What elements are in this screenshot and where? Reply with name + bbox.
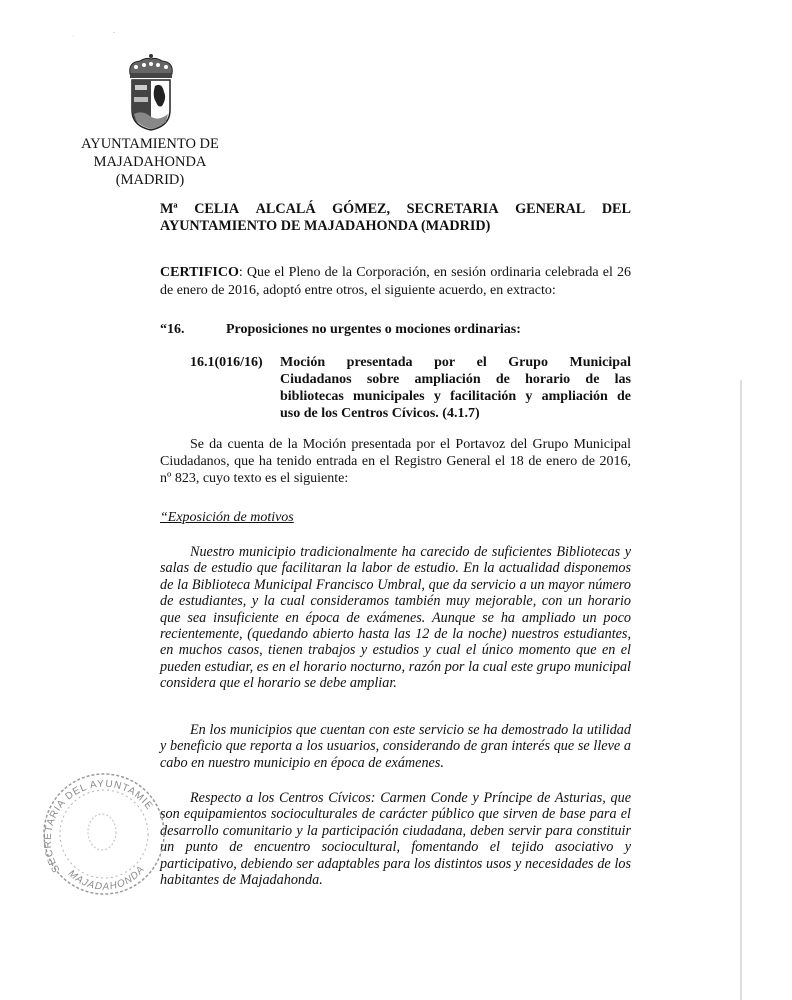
title-word: las xyxy=(615,371,631,388)
official-stamp-icon: SECRETARIA DEL AYUNTAMIENTO MAJADAHONDA xyxy=(40,770,168,898)
org-line: (MADRID) xyxy=(70,171,230,189)
motive-paragraph: Respecto a los Centros Cívicos: Carmen C… xyxy=(160,790,631,888)
motive-paragraph: En los municipios que cuentan con este s… xyxy=(160,722,631,771)
title-word: Municipal xyxy=(570,354,631,371)
title-word: por xyxy=(434,354,455,371)
exposicion-heading: “Exposición de motivos xyxy=(160,510,294,526)
title-word: y xyxy=(525,388,532,405)
intro-paragraph: Se da cuenta de la Moción presentada por… xyxy=(160,436,631,487)
intro-text: Se da cuenta de la Moción presentada por… xyxy=(160,437,631,486)
title-word: el xyxy=(477,354,487,371)
certification-paragraph: CERTIFICO: Que el Pleno de la Corporació… xyxy=(160,264,631,299)
item-title-line: MociónpresentadaporelGrupoMunicipal xyxy=(280,354,631,371)
item-title-line: Ciudadanossobreampliacióndehorariodelas xyxy=(280,371,631,388)
item-title-line: uso de los Centros Cívicos. (4.1.7) xyxy=(280,405,631,422)
coat-of-arms-icon xyxy=(122,52,180,132)
heading-word: DEL xyxy=(602,201,631,218)
title-word: de xyxy=(496,371,510,388)
svg-text:SECRETARIA DEL AYUNTAMIENTO: SECRETARIA DEL AYUNTAMIENTO xyxy=(40,770,155,874)
item-code: 16.1(016/16) xyxy=(190,354,263,371)
heading-word: GENERAL xyxy=(515,201,585,218)
item-title: MociónpresentadaporelGrupoMunicipal Ciud… xyxy=(280,354,631,422)
scan-speck: - xyxy=(113,30,115,36)
paragraph-text: Nuestro municipio tradicionalmente ha ca… xyxy=(160,544,631,691)
heading-word: Mª xyxy=(160,201,178,218)
section-title: Proposiciones no urgentes o mociones ord… xyxy=(226,322,521,337)
heading-word: GÓMEZ, xyxy=(332,201,390,218)
heading-word: ALCALÁ xyxy=(256,201,316,218)
title-word: presentada xyxy=(347,354,413,371)
organization-name: AYUNTAMIENTO DE MAJADAHONDA (MADRID) xyxy=(70,135,230,189)
org-line: MAJADAHONDA xyxy=(70,153,230,171)
heading-word: CELIA xyxy=(194,201,239,218)
title-word: sobre xyxy=(367,371,399,388)
motive-paragraph: Nuestro municipio tradicionalmente ha ca… xyxy=(160,544,631,692)
heading-line-1: Mª CELIA ALCALÁ GÓMEZ, SECRETARIA GENERA… xyxy=(160,201,631,218)
certifico-label: CERTIFICO xyxy=(160,265,239,280)
title-word: horario xyxy=(525,371,570,388)
title-word: ampliación xyxy=(542,388,608,405)
title-word: de xyxy=(585,371,599,388)
document-heading: Mª CELIA ALCALÁ GÓMEZ, SECRETARIA GENERA… xyxy=(160,201,631,235)
title-word: Ciudadanos xyxy=(280,371,352,388)
scan-speck: · xyxy=(72,34,74,40)
section-number: “16. xyxy=(160,322,226,338)
paragraph-text: Respecto a los Centros Cívicos: Carmen C… xyxy=(160,790,631,888)
title-word: municipales xyxy=(353,388,425,405)
org-line: AYUNTAMIENTO DE xyxy=(70,135,230,153)
title-word: y xyxy=(434,388,441,405)
paragraph-text: En los municipios que cuentan con este s… xyxy=(160,722,631,771)
title-word: de xyxy=(617,388,631,405)
heading-word: SECRETARIA xyxy=(407,201,499,218)
title-word: ampliación xyxy=(414,371,480,388)
title-word: Moción xyxy=(280,354,325,371)
item-title-line: bibliotecasmunicipalesyfacilitaciónyampl… xyxy=(280,388,631,405)
title-word: bibliotecas xyxy=(280,388,344,405)
section-heading: “16.Proposiciones no urgentes o mociones… xyxy=(160,322,521,338)
title-word: Grupo xyxy=(508,354,548,371)
heading-line-2: AYUNTAMIENTO DE MAJADAHONDA (MADRID) xyxy=(160,218,631,235)
scan-edge-line xyxy=(740,380,742,1000)
title-word: facilitación xyxy=(450,388,516,405)
